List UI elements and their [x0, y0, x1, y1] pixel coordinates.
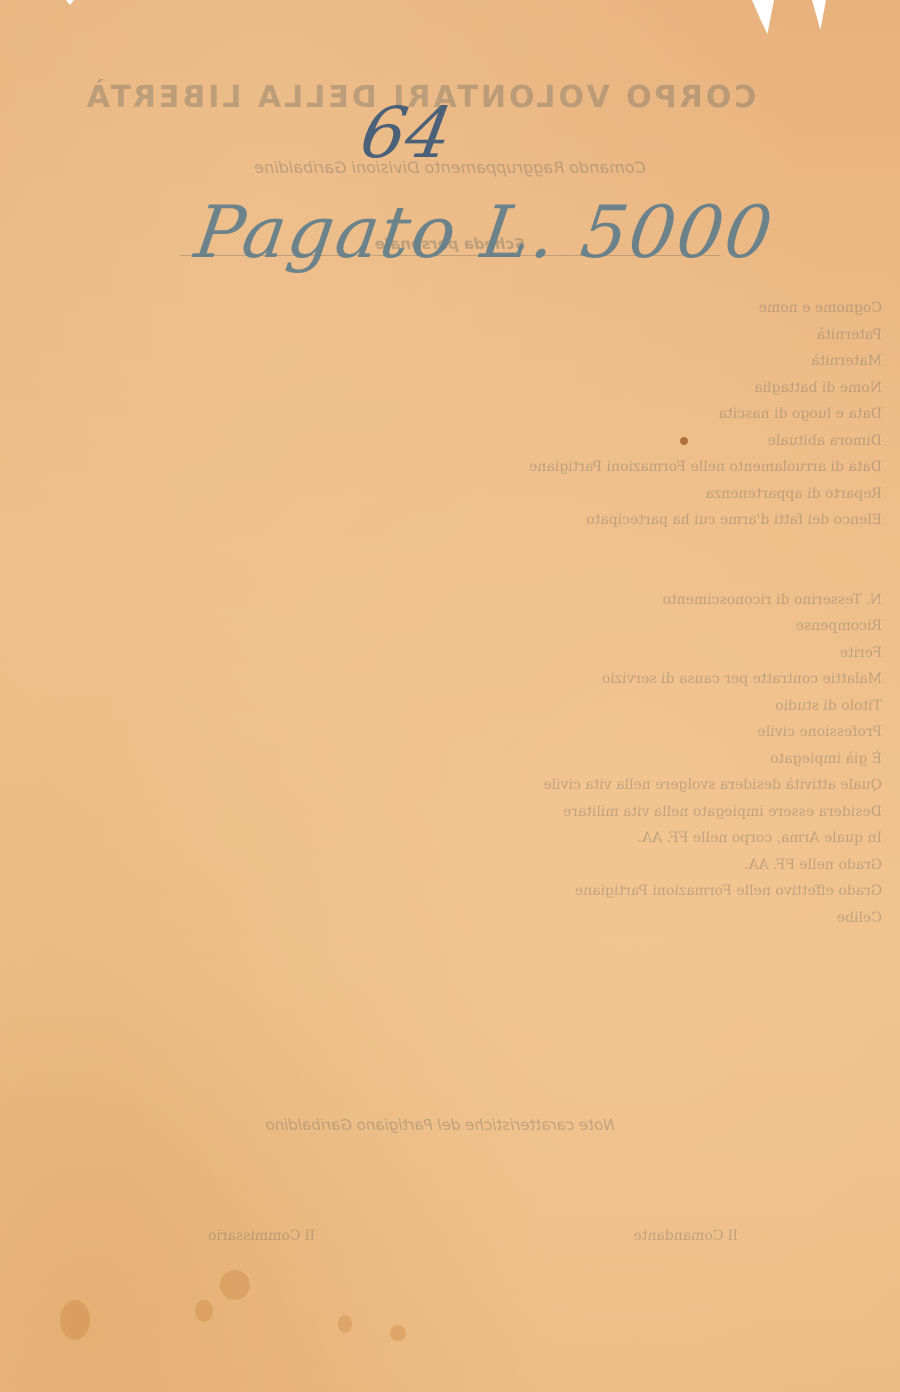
form-field-label: In quale Arma, corpo nelle FF. AA.: [22, 825, 882, 852]
form-field-label: Grado effettivo nelle Formazioni Partigi…: [22, 878, 882, 905]
form-field-label: Ricompense: [22, 613, 882, 640]
form-field-label: È già impiegato: [22, 746, 882, 773]
signature-label: Il Commissario: [208, 1228, 315, 1244]
form-subtitle: Comando Raggruppamento Divisioni Garibal…: [140, 158, 760, 177]
form-fields: Cognome e nomePaternitàMaternitàNome di …: [22, 295, 882, 931]
form-field-label: Titolo di studio: [22, 693, 882, 720]
form-field-label: Reparto di appartenenza: [22, 481, 882, 508]
form-field-label: Desidera essere impiegato nella vita mil…: [22, 799, 882, 826]
form-field-label: Nome di battaglia: [22, 375, 882, 402]
form-field-label: [22, 560, 882, 587]
form-field-label: Grado nelle FF. AA.: [22, 852, 882, 879]
form-field-label: Dimora abituale: [22, 428, 882, 455]
form-field-label: Maternità: [22, 348, 882, 375]
form-field-label: Professione civile: [22, 719, 882, 746]
handwritten-number: 64: [355, 92, 459, 174]
form-field-label: Celibe: [22, 905, 882, 932]
form-field-label: Quale attività desidera svolgere nella v…: [22, 772, 882, 799]
form-field-label: N. Tesserino di riconoscimento: [22, 587, 882, 614]
handwritten-payment-note: Pagato L. 5000: [190, 190, 779, 274]
form-notes: Note caratteristiche del Partigiano Gari…: [160, 1116, 720, 1134]
form-field-label: Data e luogo di nascita: [22, 401, 882, 428]
form-field-label: Malattie contratte per causa di servizio: [22, 666, 882, 693]
signature-label: Il Comandante: [634, 1228, 738, 1244]
form-field-label: Paternità: [22, 322, 882, 349]
form-field-label: Data di arruolamento nelle Formazioni Pa…: [22, 454, 882, 481]
form-field-label: Cognome e nome: [22, 295, 882, 322]
form-field-label: Ferite: [22, 640, 882, 667]
form-field-label: [22, 534, 882, 561]
form-field-label: Elenco dei fatti d'arme cui ha partecipa…: [22, 507, 882, 534]
